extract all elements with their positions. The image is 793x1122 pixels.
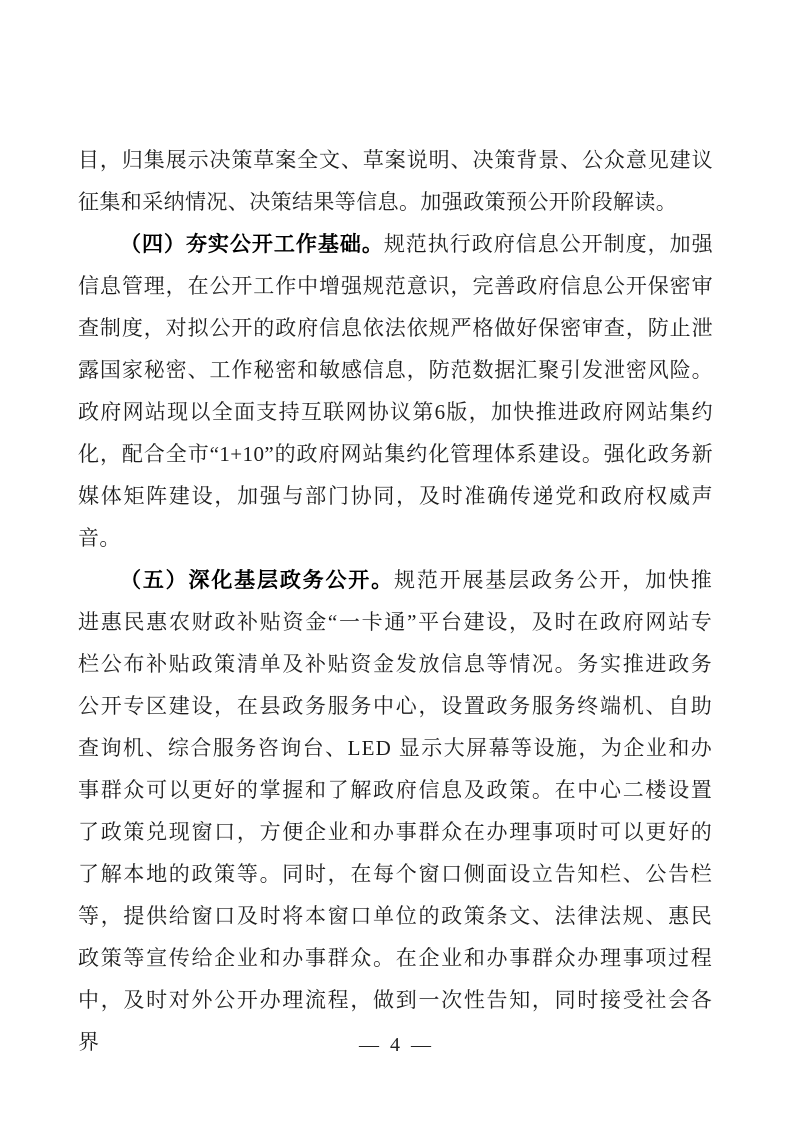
document-body: 目，归集展示决策草案全文、草案说明、决策背景、公众意见建议征集和采纳情况、决策结… — [78, 139, 713, 1063]
paragraph-section-five: （五）深化基层政务公开。规范开展基层政务公开，加快推进惠民惠农财政补贴资金“一卡… — [78, 559, 713, 1063]
section-five-text: 规范开展基层政务公开，加快推进惠民惠农财政补贴资金“一卡通”平台建设，及时在政府… — [78, 568, 713, 1054]
section-five-heading: （五）深化基层政务公开。 — [120, 568, 394, 592]
paragraph-continuation-text: 目，归集展示决策草案全文、草案说明、决策背景、公众意见建议征集和采纳情况、决策结… — [78, 148, 713, 214]
paragraph-section-four: （四）夯实公开工作基础。规范执行政府信息公开制度，加强信息管理，在公开工作中增强… — [78, 223, 713, 559]
section-four-text: 规范执行政府信息公开制度，加强信息管理，在公开工作中增强规范意识，完善政府信息公… — [78, 232, 713, 550]
section-four-heading: （四）夯实公开工作基础。 — [120, 232, 384, 256]
document-page: 目，归集展示决策草案全文、草案说明、决策背景、公众意见建议征集和采纳情况、决策结… — [0, 0, 793, 1122]
page-number: — 4 — — [0, 1034, 793, 1057]
paragraph-continuation: 目，归集展示决策草案全文、草案说明、决策背景、公众意见建议征集和采纳情况、决策结… — [78, 139, 713, 223]
